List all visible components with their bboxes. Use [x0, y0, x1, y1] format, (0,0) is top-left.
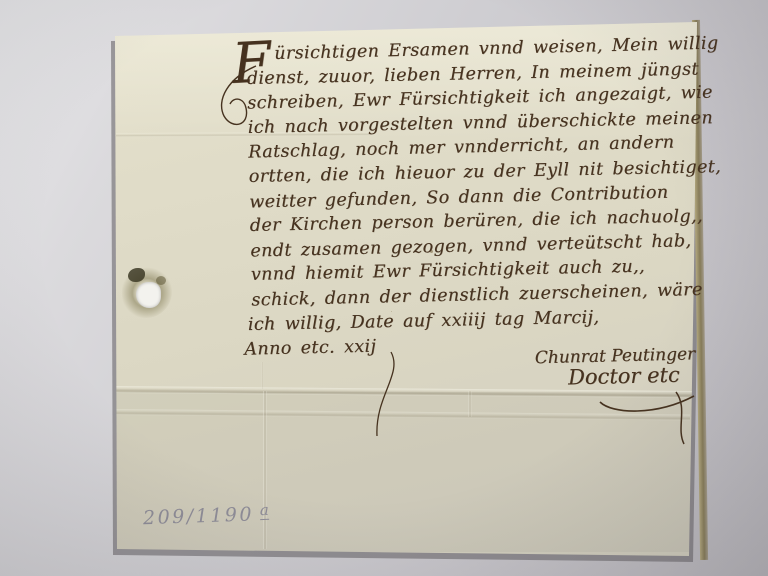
archive-shelfmark: 209/1190a: [143, 503, 270, 529]
date-line-flourish: [355, 350, 405, 440]
initial-letter: F: [231, 35, 273, 93]
letter-text-block: ürsichtigen Ersamen vnnd weisen, Mein wi…: [246, 34, 713, 363]
fold-crease-vertical-left-upper: [261, 362, 264, 389]
paper-hole: [136, 282, 161, 308]
signature-paraph: [596, 390, 700, 446]
shelfmark-number: 209/1190: [143, 503, 255, 529]
shelfmark-suffix: a: [260, 501, 270, 520]
photo-of-manuscript-letter: F ürsichtigen Ersamen vnnd weisen, Mein …: [0, 0, 768, 576]
fold-crease-vertical-left: [263, 391, 267, 549]
signature-block: Chunrat Peutinger Doctor etc: [505, 344, 696, 391]
fold-crease-vertical-mid: [468, 391, 472, 417]
signature-title: Doctor etc: [505, 363, 680, 391]
